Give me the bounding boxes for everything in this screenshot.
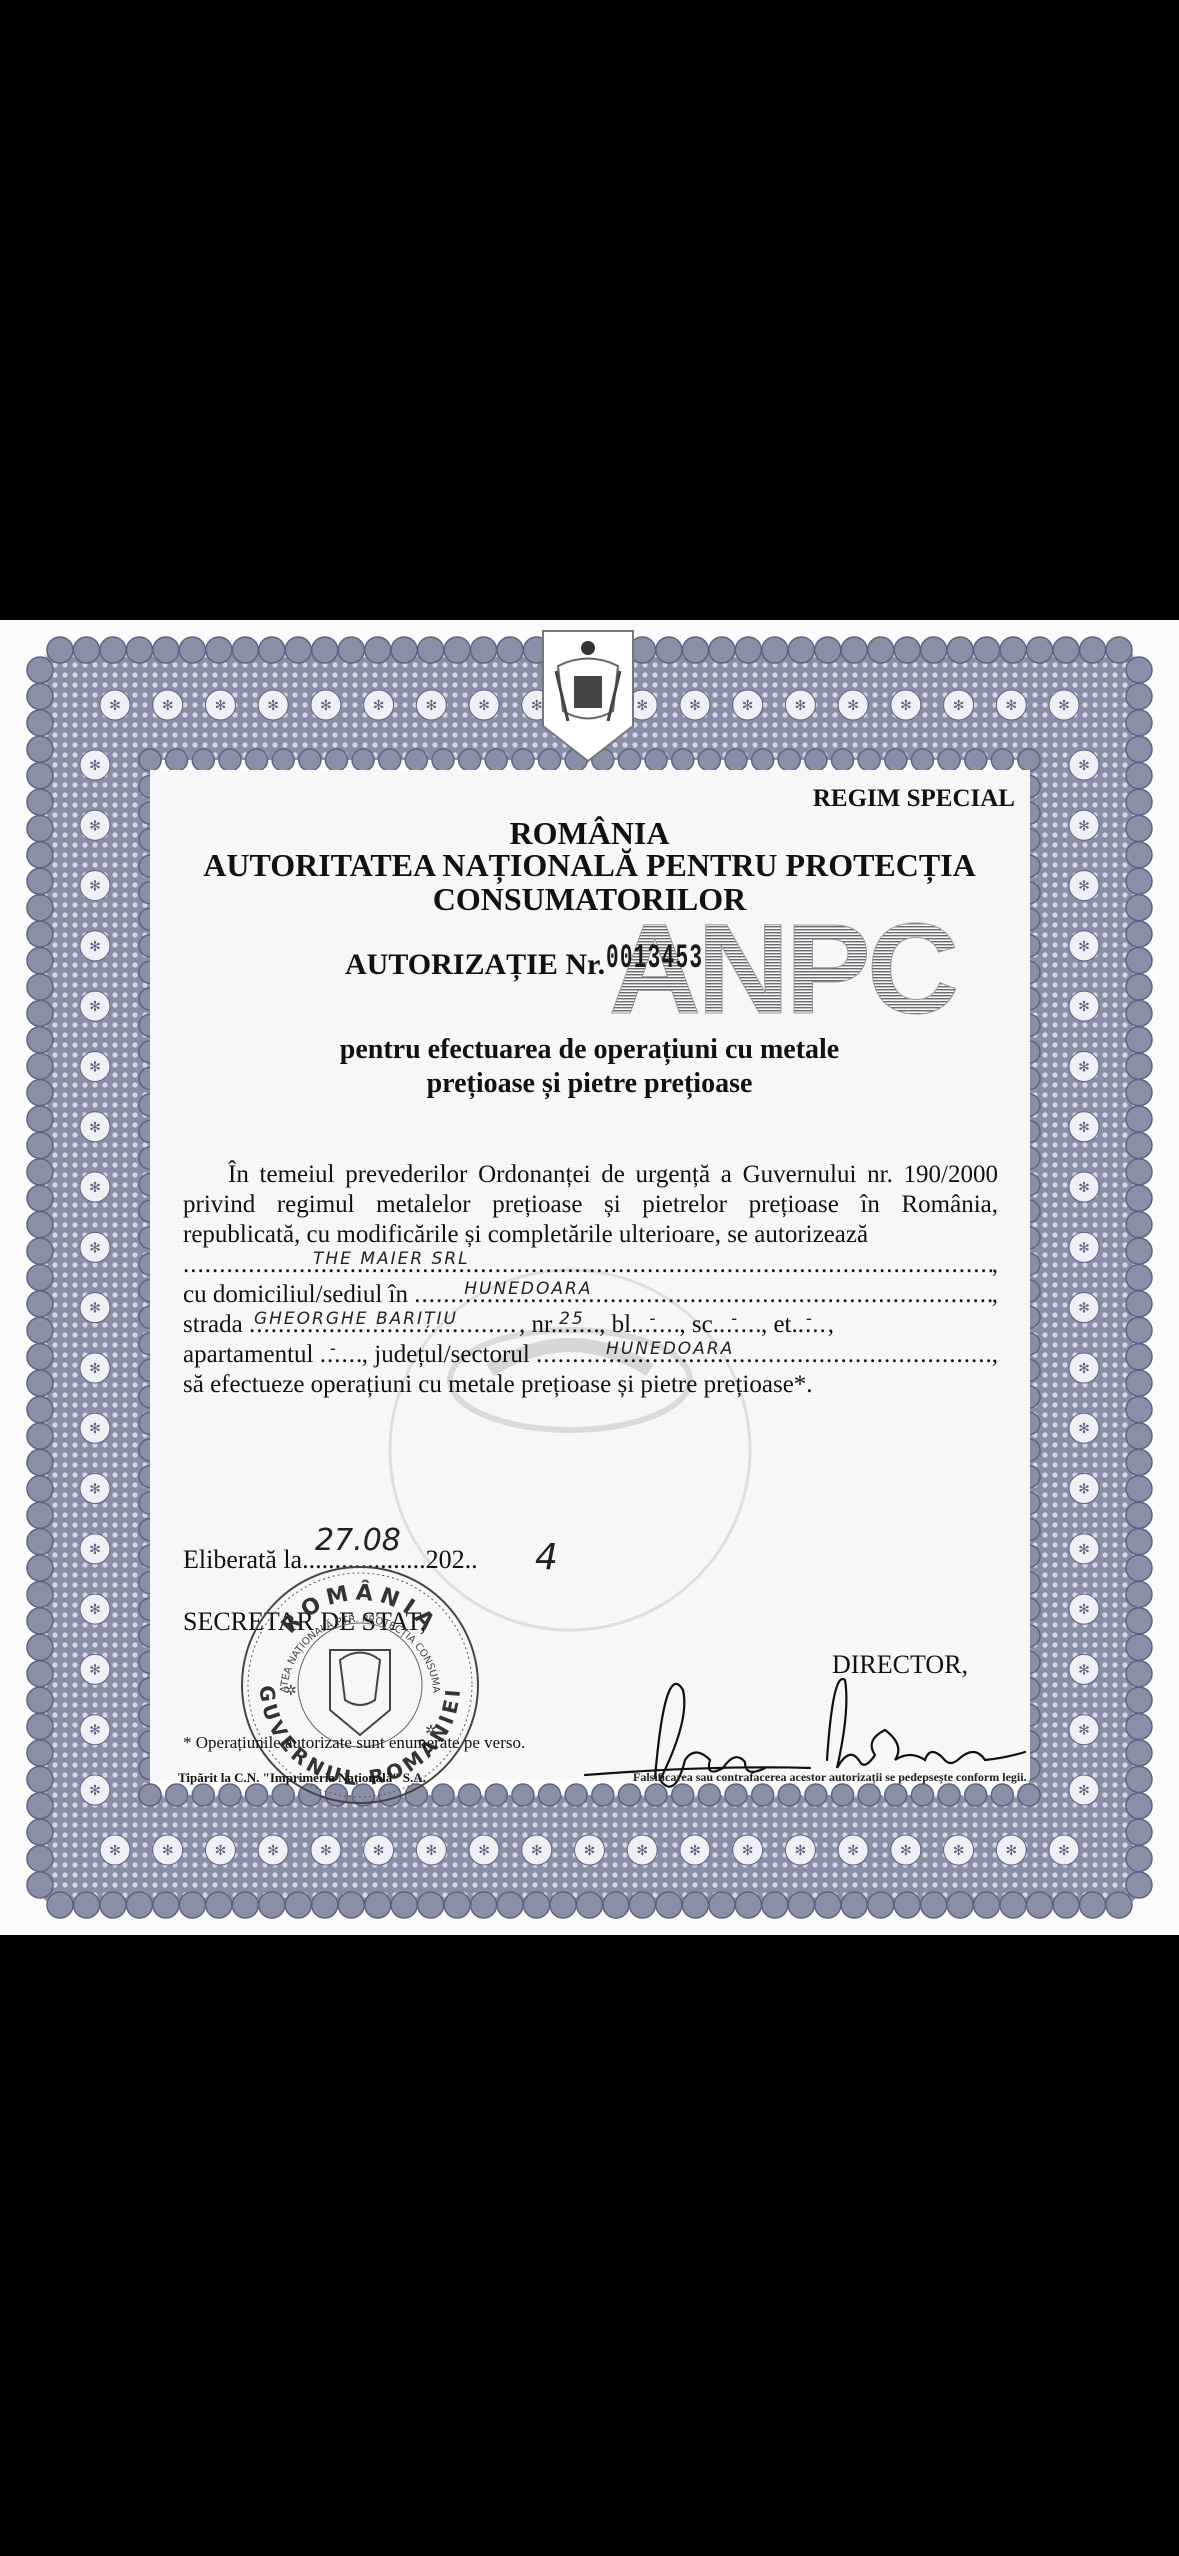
svg-text:✲: ✲ (285, 1684, 297, 1699)
authorization-body: În temeiul prevederilor Ordonanței de ur… (183, 1160, 998, 1400)
svg-text:✻: ✻ (1078, 1422, 1090, 1437)
svg-text:✻: ✻ (109, 1844, 121, 1859)
bl-label: bl. (612, 1310, 638, 1340)
svg-text:✻: ✻ (89, 1181, 101, 1196)
svg-text:✻: ✻ (89, 759, 101, 774)
svg-text:✻: ✻ (267, 699, 279, 714)
svg-text:✻: ✻ (478, 1844, 490, 1859)
svg-text:✻: ✻ (795, 1844, 807, 1859)
svg-text:✻: ✻ (320, 699, 332, 714)
svg-text:ROMÂNIA: ROMÂNIA (277, 1579, 443, 1638)
svg-text:✻: ✻ (1078, 1784, 1090, 1799)
svg-text:✻: ✻ (1078, 1181, 1090, 1196)
svg-text:✻: ✻ (531, 1844, 543, 1859)
svg-text:✻: ✻ (584, 1844, 596, 1859)
svg-text:✻: ✻ (425, 1844, 437, 1859)
svg-text:✻: ✻ (373, 1844, 385, 1859)
svg-text:AUTORITATEA NAȚIONALĂ PTR. PRO: AUTORITATEA NAȚIONALĂ PTR. PROTECȚIA CON… (235, 1560, 441, 1694)
svg-text:✻: ✻ (689, 1844, 701, 1859)
county-line: apartamentul - , județul/sectorul HUNEDO… (183, 1340, 998, 1370)
et-value: - (806, 1310, 814, 1334)
regime-label: REGIM SPECIAL (813, 785, 1015, 813)
svg-text:✻: ✻ (89, 1241, 101, 1256)
svg-text:✻: ✻ (900, 1844, 912, 1859)
svg-text:✻: ✻ (1078, 1724, 1090, 1739)
company-field: THE MAIER SRL (183, 1250, 992, 1280)
svg-text:✻: ✻ (900, 699, 912, 714)
svg-text:✻: ✻ (1005, 1844, 1017, 1859)
domicile-line: cu domiciliul/sediul în HUNEDOARA , (183, 1280, 998, 1310)
svg-text:✻: ✻ (215, 1844, 227, 1859)
svg-text:✻: ✻ (847, 1844, 859, 1859)
company-line: THE MAIER SRL , (183, 1250, 998, 1280)
apartment-value: - (330, 1340, 338, 1364)
authority-heading-line2: CONSUMATORILOR (0, 882, 1179, 916)
nr-value: 25 (559, 1310, 585, 1334)
legal-notice: Falsificarea sau contrafacerea acestor a… (633, 1770, 1027, 1785)
svg-text:✻: ✻ (89, 1784, 101, 1799)
svg-text:✻: ✻ (1078, 1121, 1090, 1136)
authorization-certificate: ✻✻✻✻✻✻✻✻✻✻✻✻✻✻✻✻✻✻✻✻✻✻✻✻✻✻✻✻✻✻✻✻✻✻✻✻✻✻✻✻… (0, 620, 1179, 1935)
svg-text:✻: ✻ (953, 1844, 965, 1859)
svg-text:✻: ✻ (320, 1844, 332, 1859)
svg-text:✻: ✻ (1078, 1000, 1090, 1015)
svg-text:✻: ✻ (89, 1603, 101, 1618)
authorization-number: 0013453 (606, 940, 703, 978)
svg-text:✻: ✻ (162, 699, 174, 714)
svg-text:✻: ✻ (109, 699, 121, 714)
svg-text:✻: ✻ (89, 1724, 101, 1739)
svg-text:✻: ✻ (89, 1362, 101, 1377)
subtitle-line2: prețioase și pietre prețioase (0, 1067, 1179, 1101)
svg-text:✻: ✻ (267, 1844, 279, 1859)
svg-text:✻: ✻ (742, 1844, 754, 1859)
legal-paragraph: În temeiul prevederilor Ordonanței de ur… (183, 1160, 998, 1250)
sc-label: sc. (692, 1310, 719, 1340)
authorization-label: AUTORIZAȚIE Nr. (345, 948, 605, 982)
coat-of-arms-icon (538, 626, 638, 766)
svg-text:✻: ✻ (1058, 699, 1070, 714)
svg-text:✻: ✻ (425, 699, 437, 714)
domicile-value: HUNEDOARA (464, 1280, 592, 1304)
street-value: GHEORGHE BARIȚIU (254, 1310, 458, 1334)
svg-text:✻: ✻ (215, 699, 227, 714)
county-label: județul/sectorul (374, 1340, 530, 1370)
svg-text:✻: ✻ (89, 940, 101, 955)
bl-field: - (637, 1310, 679, 1340)
sc-value: - (731, 1310, 739, 1334)
svg-text:✻: ✻ (162, 1844, 174, 1859)
street-label: strada (183, 1310, 243, 1340)
apartment-label: apartamentul (183, 1340, 314, 1370)
svg-text:✻: ✻ (795, 699, 807, 714)
authority-heading-line1: AUTORITATEA NAȚIONALĂ PENTRU PROTECȚIA (0, 848, 1179, 882)
svg-text:✻: ✻ (478, 699, 490, 714)
footnote: * Operațiunile autorizate sunt enumerate… (183, 1733, 525, 1753)
svg-text:✻: ✻ (689, 699, 701, 714)
nr-field: 25 (557, 1310, 599, 1340)
domicile-field: HUNEDOARA (414, 1280, 992, 1310)
svg-text:✻: ✻ (636, 699, 648, 714)
svg-text:✻: ✻ (1078, 1483, 1090, 1498)
et-field: - (798, 1310, 828, 1340)
svg-text:✻: ✻ (1078, 1603, 1090, 1618)
county-field: HUNEDOARA (536, 1340, 992, 1370)
svg-text:✻: ✻ (1058, 1844, 1070, 1859)
nr-label: nr. (531, 1310, 557, 1340)
svg-text:✻: ✻ (89, 1302, 101, 1317)
issued-year-digit: 4 (535, 1537, 558, 1578)
svg-text:✻: ✻ (1078, 1302, 1090, 1317)
svg-text:✻: ✻ (1078, 1663, 1090, 1678)
county-value: HUNEDOARA (606, 1340, 734, 1364)
domicile-label: cu domiciliul/sediul în (183, 1280, 408, 1310)
svg-text:✻: ✻ (373, 699, 385, 714)
svg-text:✻: ✻ (742, 699, 754, 714)
svg-text:✻: ✻ (1005, 699, 1017, 714)
svg-text:✻: ✻ (1078, 1241, 1090, 1256)
company-name: THE MAIER SRL (313, 1250, 470, 1274)
svg-text:✻: ✻ (89, 1483, 101, 1498)
svg-text:✻: ✻ (89, 1121, 101, 1136)
apartment-field: - (320, 1340, 362, 1370)
svg-text:✻: ✻ (89, 1543, 101, 1558)
svg-text:✻: ✻ (89, 1000, 101, 1015)
svg-text:✻: ✻ (953, 699, 965, 714)
street-line: strada GHEORGHE BARIȚIU , nr. 25 , bl. -… (183, 1310, 998, 1340)
bl-value: - (649, 1310, 657, 1334)
svg-text:✻: ✻ (847, 699, 859, 714)
svg-text:✻: ✻ (1078, 759, 1090, 774)
issued-day-month: 27.08 (315, 1523, 401, 1558)
closing-line: să efectueze operațiuni cu metale prețio… (183, 1370, 998, 1400)
svg-text:✻: ✻ (636, 1844, 648, 1859)
subtitle-line1: pentru efectuarea de operațiuni cu metal… (0, 1033, 1179, 1067)
sc-field: - (719, 1310, 761, 1340)
svg-text:✻: ✻ (1078, 940, 1090, 955)
svg-text:✻: ✻ (89, 1422, 101, 1437)
svg-text:✻: ✻ (1078, 1543, 1090, 1558)
printer-credit: Tipărit la C.N. "Imprimeria Națională" S… (178, 1770, 426, 1786)
svg-text:✻: ✻ (1078, 1362, 1090, 1377)
street-field: GHEORGHE BARIȚIU (249, 1310, 519, 1340)
et-label: et. (773, 1310, 797, 1340)
svg-text:✻: ✻ (89, 1663, 101, 1678)
